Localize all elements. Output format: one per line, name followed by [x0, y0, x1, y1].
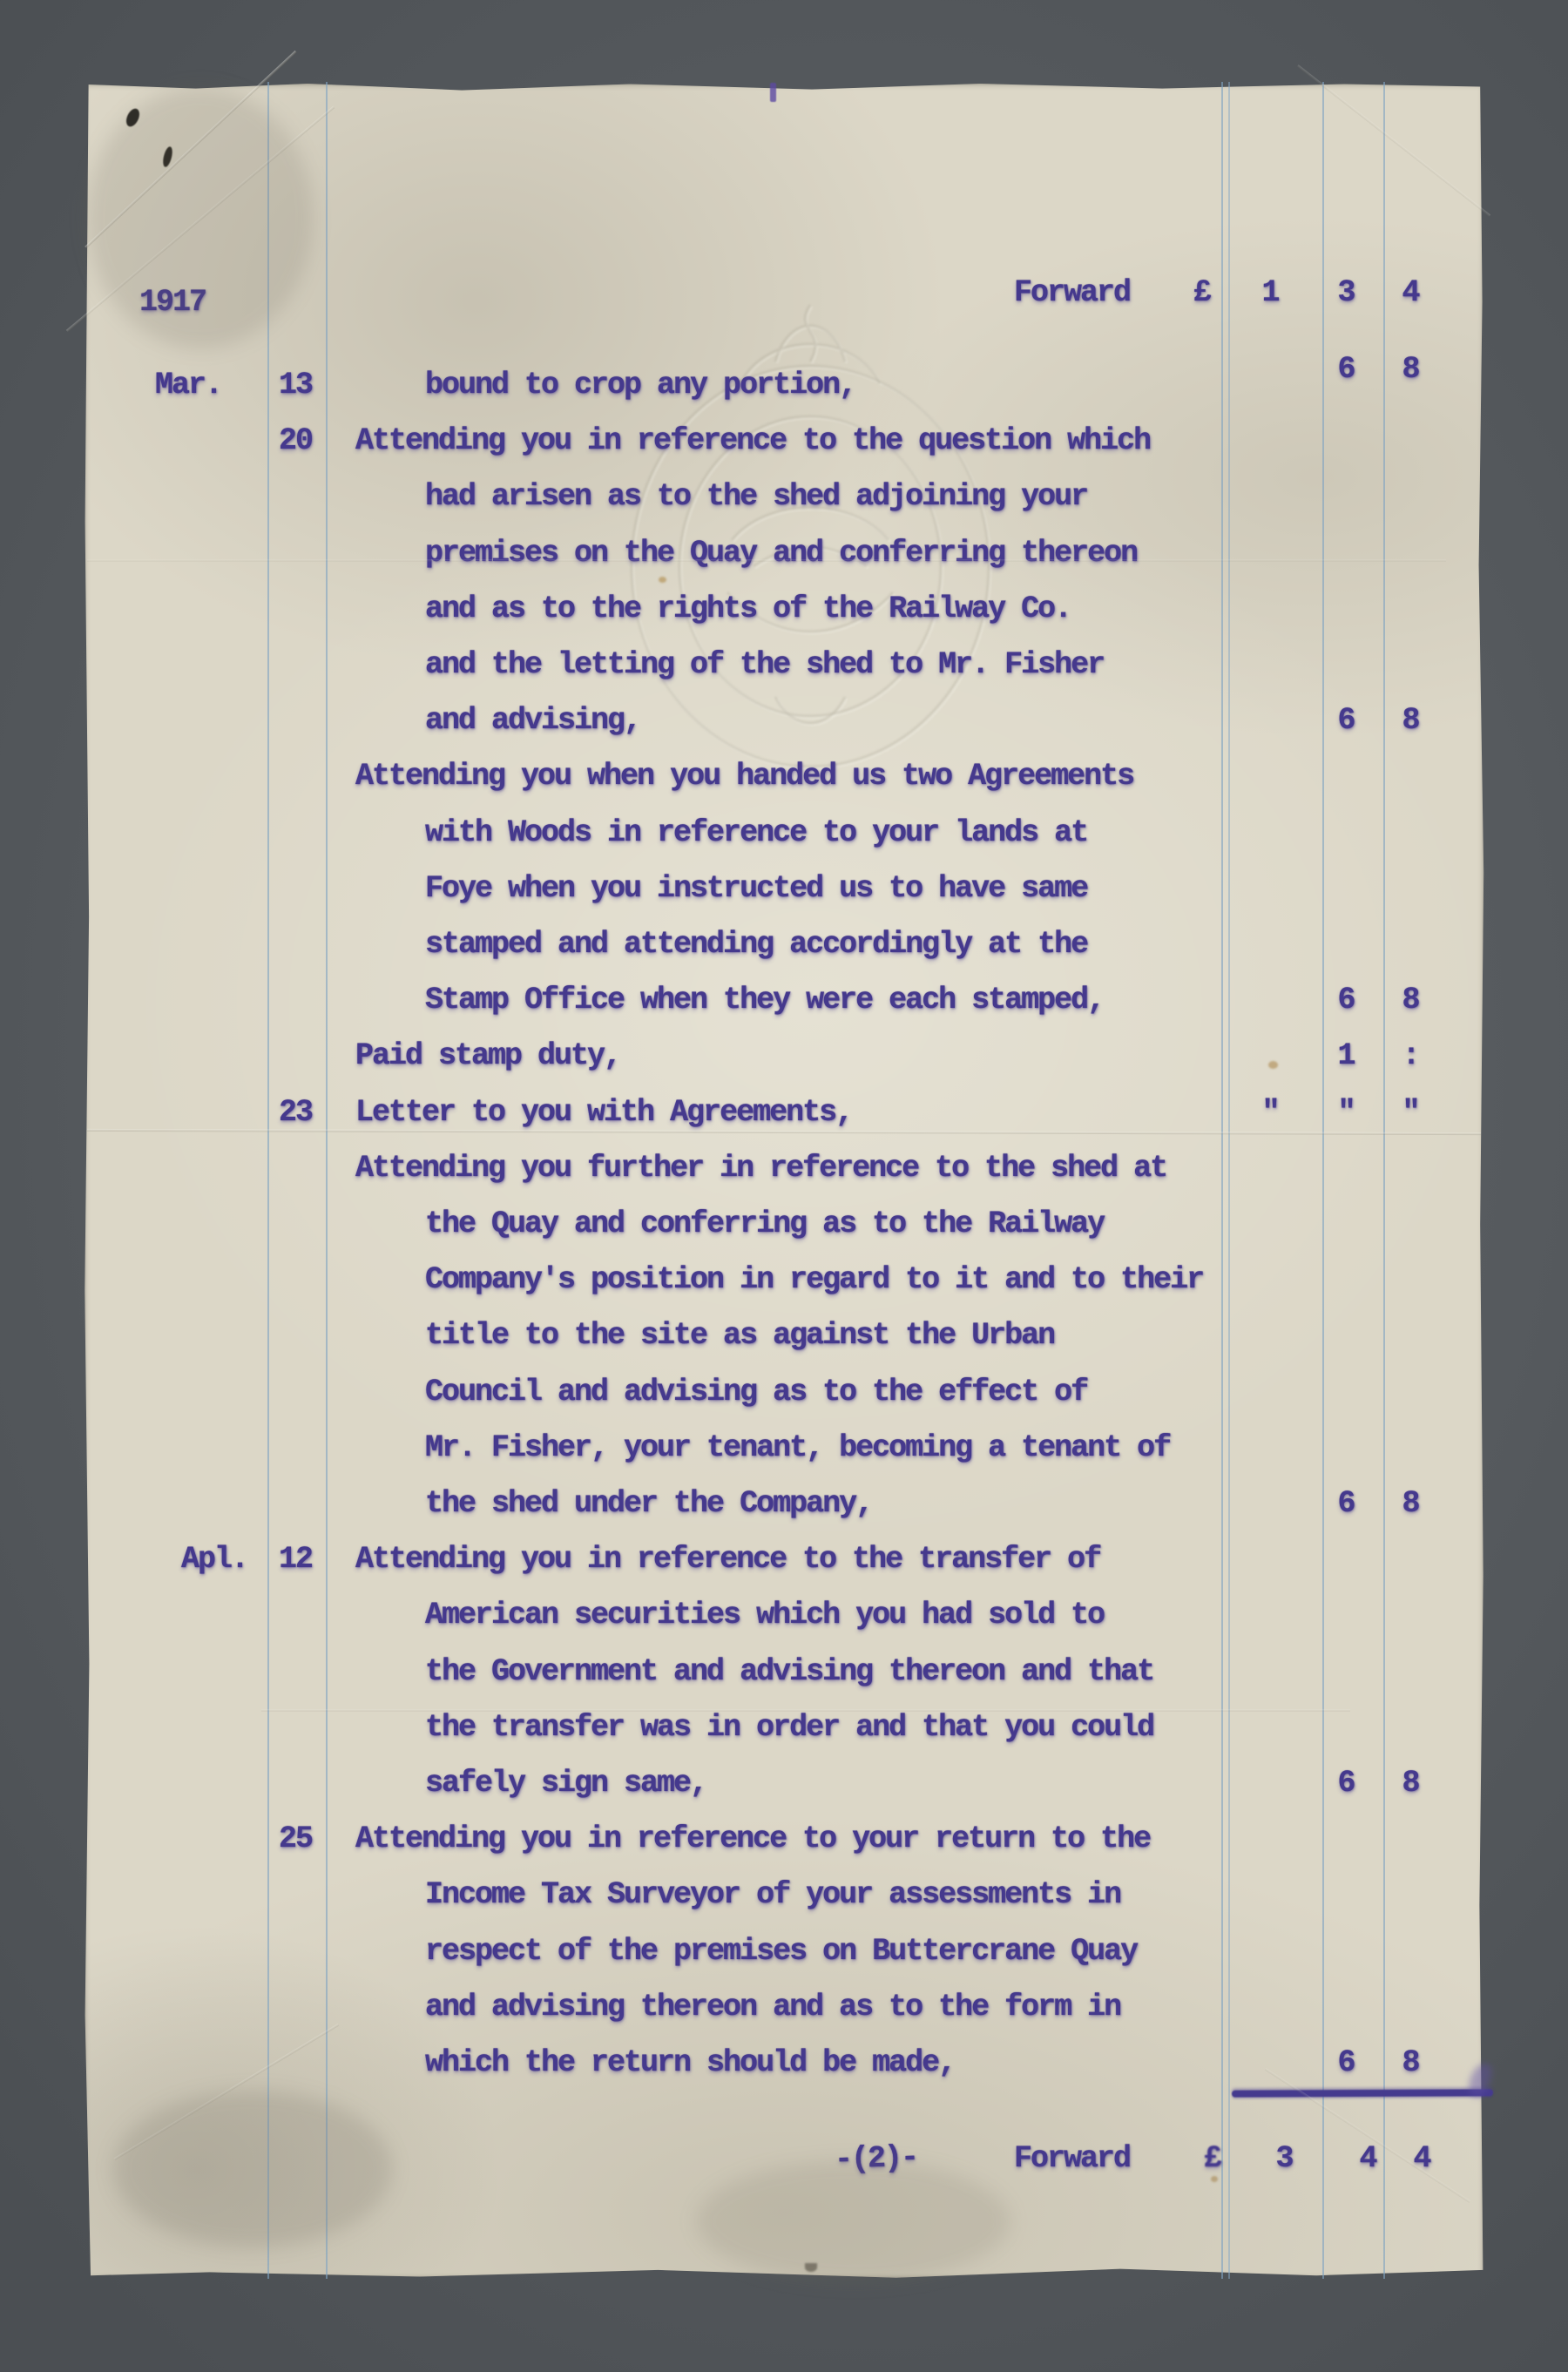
ledger-row: stamped and attending accordingly at the	[0, 925, 1568, 965]
entry-text: Stamp Office when they were each stamped…	[425, 981, 1104, 1019]
entry-text: title to the site as against the Urban	[425, 1316, 1054, 1355]
entry-text: Paid stamp duty,	[355, 1037, 620, 1075]
entry-text: and advising thereon and as to the form …	[425, 1988, 1120, 2026]
ledger-row: respect of the premises on Buttercrane Q…	[0, 1932, 1568, 1972]
ledger-row: Mr. Fisher, your tenant, becoming a tena…	[0, 1429, 1568, 1469]
entry-text: with Woods in reference to your lands at	[425, 814, 1087, 852]
entry-amount-pence: :	[1385, 1037, 1436, 1075]
ledger-row: and advising thereon and as to the form …	[0, 1988, 1568, 2028]
ledger-row: and advising,68	[0, 701, 1568, 741]
ledger-row: title to the site as against the Urban	[0, 1316, 1568, 1356]
entry-text: Attending you further in reference to th…	[355, 1149, 1166, 1187]
ledger-row: premises on the Quay and conferring ther…	[0, 534, 1568, 574]
entry-text: bound to crop any portion,	[425, 366, 855, 404]
forward-bottom-pence: 4	[1396, 2139, 1447, 2178]
entry-amount-shillings: 6	[1321, 350, 1371, 389]
entry-amount-pounds: "	[1242, 1093, 1298, 1132]
forward-top-currency-symbol: £	[1193, 274, 1210, 312]
rust-stain	[659, 577, 666, 583]
entry-text: stamped and attending accordingly at the	[425, 925, 1087, 963]
ledger-row: Attending you further in reference to th…	[0, 1149, 1568, 1189]
entry-text: Mr. Fisher, your tenant, becoming a tena…	[425, 1429, 1170, 1467]
entry-amount-pence: 8	[1385, 350, 1436, 389]
ledger-row: had arisen as to the shed adjoining your	[0, 477, 1568, 517]
entry-text: Attending you in reference to your retur…	[355, 1820, 1150, 1858]
entry-date: Apl.	[181, 1540, 247, 1578]
ledger-row: Attending you when you handed us two Agr…	[0, 757, 1568, 797]
entry-day: 20	[267, 422, 324, 460]
ledger-row: Company's position in regard to it and t…	[0, 1260, 1568, 1301]
entry-text: Company's position in regard to it and t…	[425, 1260, 1203, 1299]
scan-stage: 1917 Forward £ 1 3 4 Mar.13bound to crop…	[0, 0, 1568, 2372]
entry-date: Mar.	[155, 366, 221, 404]
entry-text: American securities which you had sold t…	[425, 1596, 1104, 1634]
ledger-row: Paid stamp duty,1:	[0, 1037, 1568, 1077]
entry-amount-shillings: 6	[1321, 701, 1371, 740]
ledger-row: with Woods in reference to your lands at	[0, 814, 1568, 854]
forward-top-pounds: 1	[1242, 274, 1298, 312]
entry-text: and as to the rights of the Railway Co.	[425, 590, 1071, 628]
forward-top-pence: 4	[1385, 274, 1436, 312]
entry-text: the transfer was in order and that you c…	[425, 1708, 1153, 1747]
entry-text: Attending you when you handed us two Agr…	[355, 757, 1133, 795]
ledger-row: the shed under the Company,68	[0, 1484, 1568, 1524]
forward-bottom-label: Forward	[1014, 2139, 1130, 2178]
ledger-row: Stamp Office when they were each stamped…	[0, 981, 1568, 1021]
entry-text: Letter to you with Agreements,	[355, 1093, 852, 1132]
entry-day: 12	[267, 1540, 324, 1578]
scanned-document-page: { "document": { "year": "1917", "page_nu…	[0, 0, 1568, 2372]
entry-text: Foye when you instructed us to have same	[425, 869, 1087, 908]
entry-text: the Government and advising thereon and …	[425, 1652, 1153, 1691]
entry-amount-shillings: 6	[1321, 981, 1371, 1019]
ledger-row: which the return should be made,68	[0, 2044, 1568, 2084]
forward-top-shillings: 3	[1321, 274, 1371, 312]
ledger-row: Mar.13bound to crop any portion,68	[0, 366, 1568, 406]
ledger-row: the Quay and conferring as to the Railwa…	[0, 1205, 1568, 1245]
entry-amount-shillings: 6	[1321, 1484, 1371, 1523]
ledger-row: Foye when you instructed us to have same	[0, 869, 1568, 909]
ledger-row: Apl.12Attending you in reference to the …	[0, 1540, 1568, 1580]
rust-stain	[1211, 2176, 1218, 2182]
ink-mark-top-edge	[770, 83, 776, 102]
entry-text: premises on the Quay and conferring ther…	[425, 534, 1137, 572]
forward-bottom-pounds: 3	[1256, 2139, 1312, 2178]
entry-day: 25	[267, 1820, 324, 1858]
ledger-row: 23Letter to you with Agreements,"""	[0, 1093, 1568, 1133]
entry-text: respect of the premises on Buttercrane Q…	[425, 1932, 1137, 1970]
entry-amount-pence: 8	[1385, 1764, 1436, 1802]
entry-text: safely sign same,	[425, 1764, 706, 1802]
rust-stain	[1268, 1061, 1278, 1069]
ledger-row: and the letting of the shed to Mr. Fishe…	[0, 645, 1568, 686]
ledger-row: Income Tax Surveyor of your assessments …	[0, 1875, 1568, 1916]
entry-text: Council and advising as to the effect of	[425, 1373, 1087, 1411]
edge-tear	[805, 2263, 817, 2272]
crumple-shading	[697, 2160, 1010, 2282]
entry-text: Attending you in reference to the transf…	[355, 1540, 1100, 1578]
ledger-row: 20Attending you in reference to the ques…	[0, 422, 1568, 462]
entry-text: Attending you in reference to the questi…	[355, 422, 1150, 460]
forward-bottom-shillings: 4	[1342, 2139, 1393, 2178]
crumple-shading	[87, 87, 314, 348]
forward-top-label: Forward	[1014, 274, 1130, 312]
entry-amount-shillings: "	[1321, 1093, 1371, 1132]
ledger-row: safely sign same,68	[0, 1764, 1568, 1804]
ledger-row: the Government and advising thereon and …	[0, 1652, 1568, 1693]
ledger-row: the transfer was in order and that you c…	[0, 1708, 1568, 1748]
entry-amount-shillings: 6	[1321, 2044, 1371, 2082]
entry-amount-pence: 8	[1385, 1484, 1436, 1523]
entry-text: and advising,	[425, 701, 640, 740]
ledger-row: and as to the rights of the Railway Co.	[0, 590, 1568, 630]
entry-text: which the return should be made,	[425, 2044, 955, 2082]
entry-amount-shillings: 1	[1321, 1037, 1371, 1075]
entry-amount-pence: 8	[1385, 701, 1436, 740]
entry-amount-pence: 8	[1385, 2044, 1436, 2082]
entry-text: the Quay and conferring as to the Railwa…	[425, 1205, 1104, 1243]
entry-amount-shillings: 6	[1321, 1764, 1371, 1802]
crumple-shading	[113, 2091, 392, 2247]
entry-day: 13	[267, 366, 324, 404]
ledger-row: American securities which you had sold t…	[0, 1596, 1568, 1636]
ledger-row: 25Attending you in reference to your ret…	[0, 1820, 1568, 1860]
entry-text: had arisen as to the shed adjoining your	[425, 477, 1087, 516]
ledger-row: Council and advising as to the effect of	[0, 1373, 1568, 1413]
entry-amount-pence: 8	[1385, 981, 1436, 1019]
entry-text: Income Tax Surveyor of your assessments …	[425, 1875, 1120, 1914]
total-rule-line	[1232, 2089, 1493, 2097]
entry-day: 23	[267, 1093, 324, 1132]
entry-text: and the letting of the shed to Mr. Fishe…	[425, 645, 1104, 684]
entry-amount-pence: "	[1385, 1093, 1436, 1132]
forward-bottom-currency-symbol: £	[1204, 2139, 1220, 2178]
entry-text: the shed under the Company,	[425, 1484, 872, 1523]
